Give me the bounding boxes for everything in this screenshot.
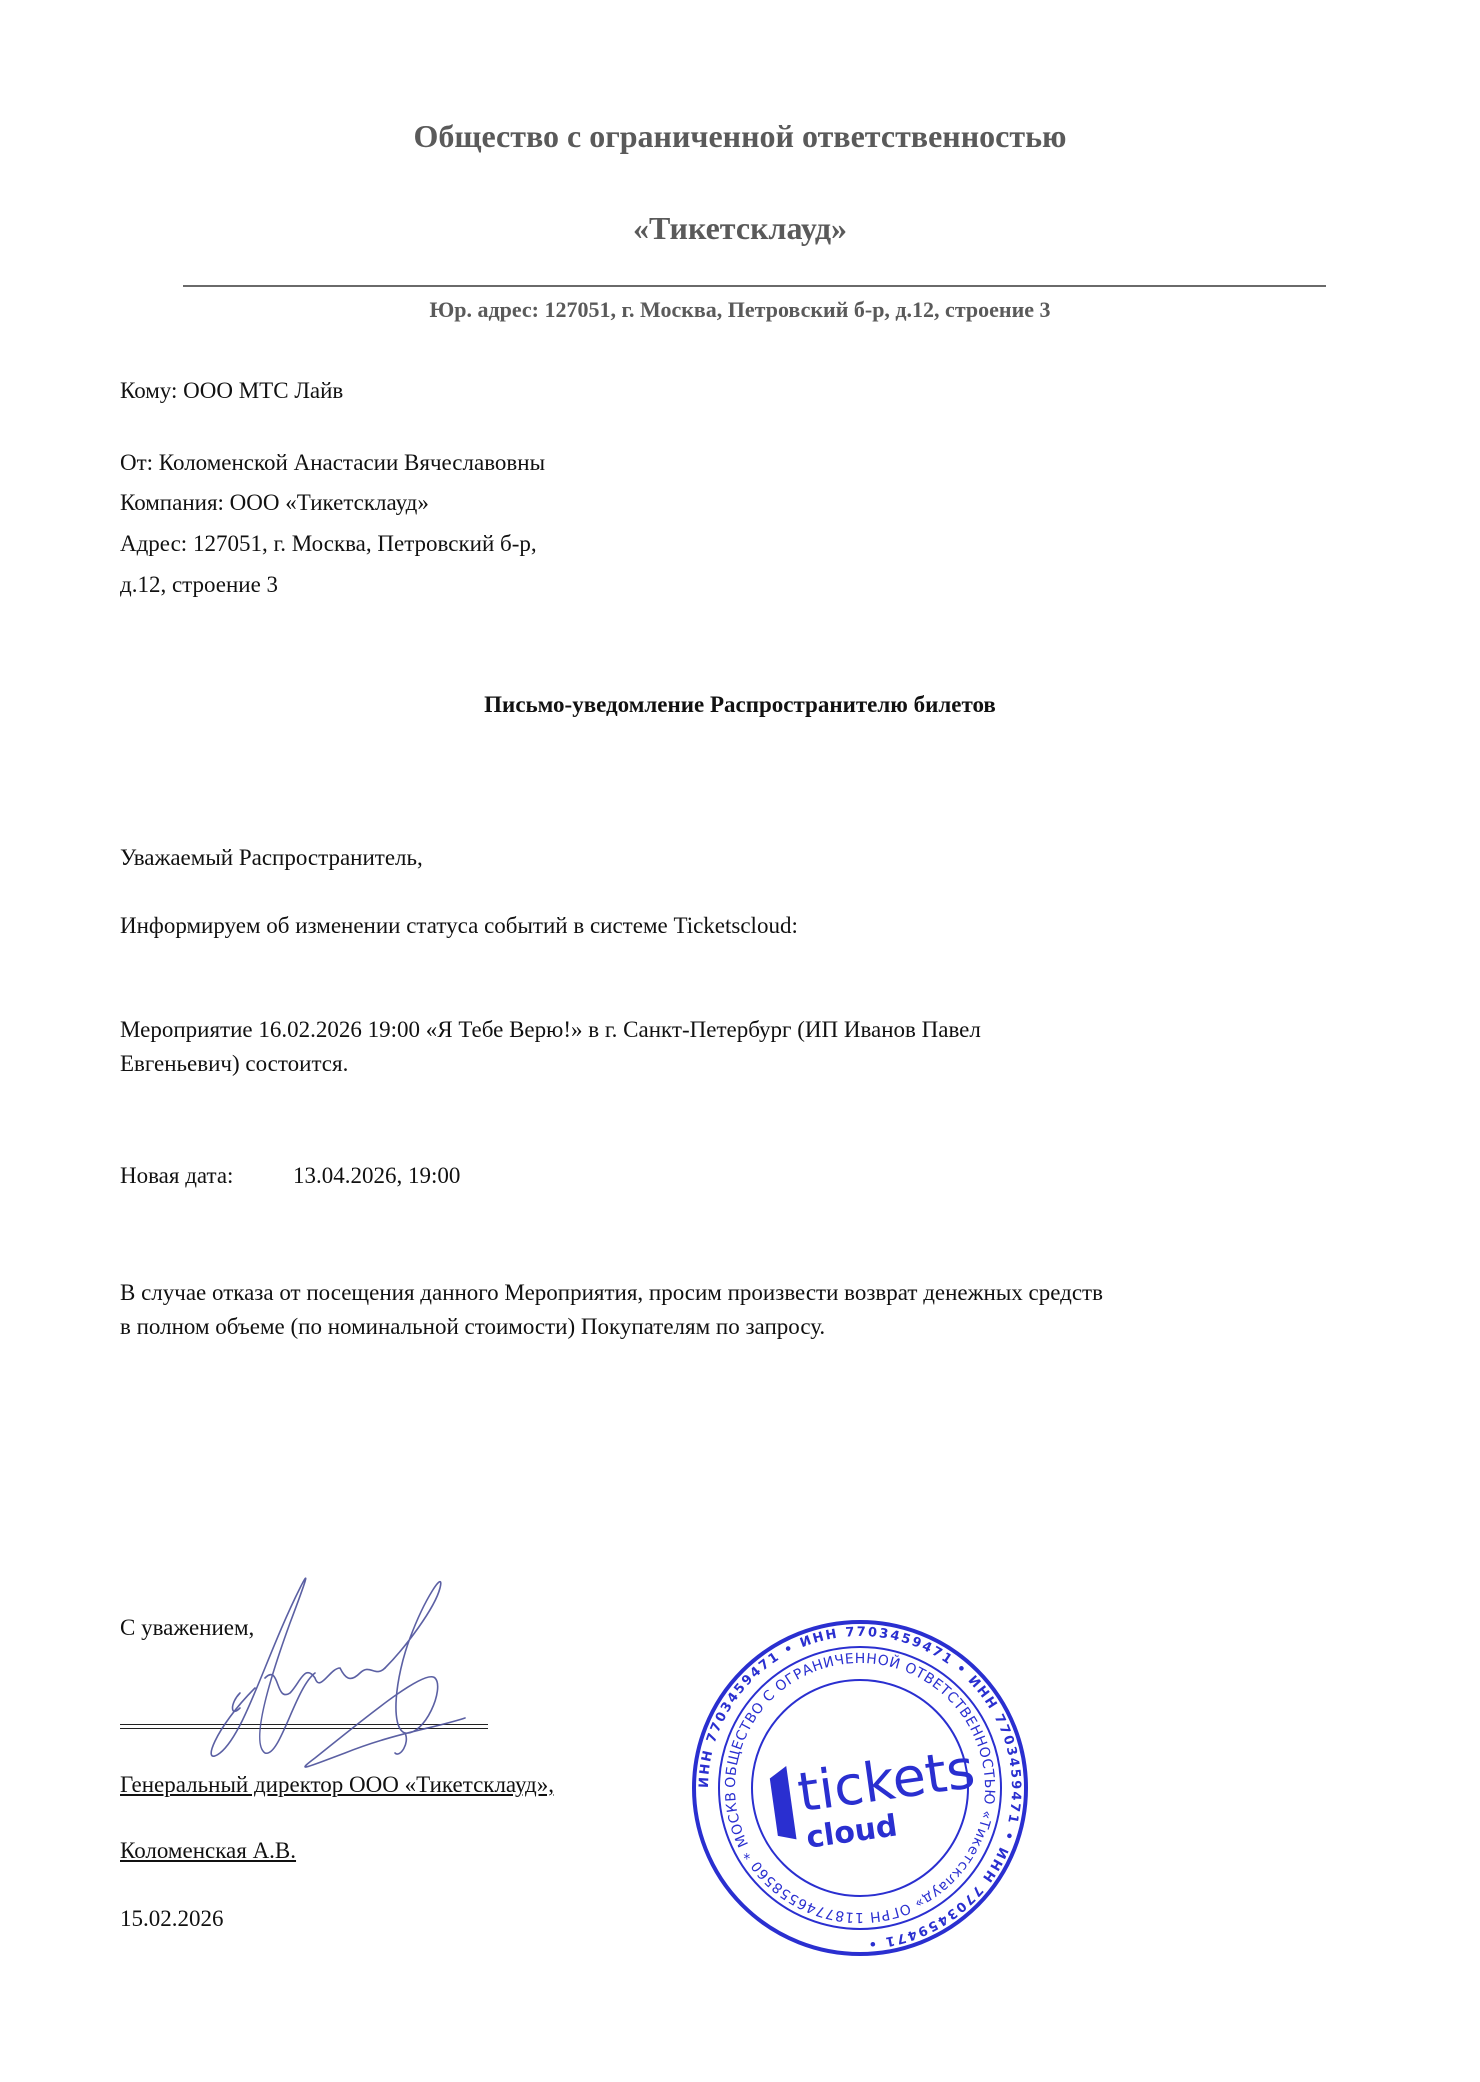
event-line2: Евгеньевич) состоится. [120,1051,348,1077]
header-divider [183,285,1326,287]
new-date-value: 13.04.2026, 19:00 [293,1163,460,1189]
sender-address-line1: Адрес: 127051, г. Москва, Петровский б-р… [120,531,537,557]
intro-text: Информируем об изменении статуса событий… [120,913,798,939]
event-line1: Мероприятие 16.02.2026 19:00 «Я Тебе Вер… [120,1017,981,1043]
recipient-to: Кому: ООО МТС Лайв [120,378,343,404]
company-name-line1: Общество с ограниченной ответственностью [0,118,1480,155]
greeting: Уважаемый Распространитель, [120,845,423,871]
signer-name: Коломенская А.В. [120,1838,296,1864]
refund-line2: в полном объеме (по номинальной стоимост… [120,1314,825,1340]
signature-icon [195,1568,525,1808]
sender-address-line2: д.12, строение 3 [120,572,278,598]
refund-line1: В случае отказа от посещения данного Мер… [120,1280,1103,1306]
letter-title: Письмо-уведомление Распространителю биле… [0,692,1480,718]
sender-company: Компания: ООО «Тикетсклауд» [120,490,429,516]
company-name-line2: «Тикетсклауд» [0,210,1480,247]
letter-page: Общество с ограниченной ответственностью… [0,0,1480,2082]
sender-from: От: Коломенской Анастасии Вячеславовны [120,450,545,476]
letter-date: 15.02.2026 [120,1906,224,1932]
new-date-label: Новая дата: [120,1163,233,1189]
company-stamp-icon: ИНН 7703459471 • ИНН 7703459471 • ИНН 77… [690,1618,1030,1958]
legal-address: Юр. адрес: 127051, г. Москва, Петровский… [0,297,1480,323]
